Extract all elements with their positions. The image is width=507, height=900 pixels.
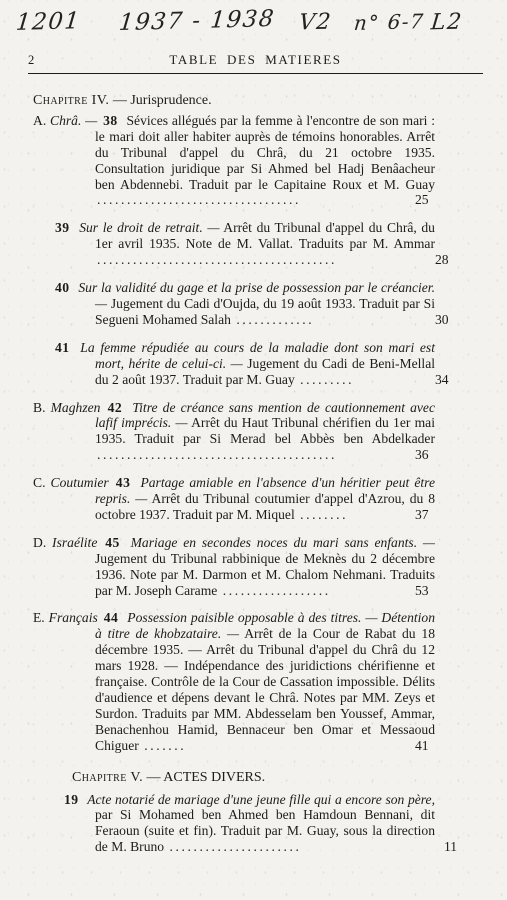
chapter-iv-label: Chapitre IV. xyxy=(33,93,109,108)
entry-number: 38 xyxy=(103,113,118,128)
toc-entry-38: A. Chrâ. — 38 Sévices allégués par la fe… xyxy=(33,113,477,208)
handwritten-issue-annotation: n° 6-7 xyxy=(353,9,426,35)
entry-number: 40 xyxy=(55,280,70,295)
handwritten-shelfmark-annotation: 1201 xyxy=(15,8,82,36)
dot-leader: ............. xyxy=(236,312,314,327)
handwritten-code-annotation: L2 xyxy=(430,10,464,36)
entry-category-name: Maghzen xyxy=(51,400,101,415)
entry-number: 44 xyxy=(104,610,119,625)
entry-title: Sur le droit de retrait. — xyxy=(79,220,219,235)
chapter-v-label: Chapitre V. xyxy=(72,770,143,785)
running-head: 2 TABLE DES MATIERES xyxy=(28,52,483,69)
toc-entry-44: E. Français 44 Possession paisible oppos… xyxy=(33,610,477,753)
toc-entry-40: 40 Sur la validité du gage et la prise d… xyxy=(33,280,477,328)
dot-leader: ......... xyxy=(300,372,354,387)
entry-title: Mariage en secondes noces du mari sans e… xyxy=(131,535,435,550)
entry-body: Arrêt de la Cour de Rabat du 18 décembre… xyxy=(95,626,435,752)
entry-category-name: Chrâ. — xyxy=(50,113,97,128)
toc-entry-19: 19 Acte notarié de mariage d'une jeune f… xyxy=(33,792,477,856)
handwritten-years-annotation: 1937 - 1938 xyxy=(118,6,276,36)
entry-number: 41 xyxy=(55,340,70,355)
entry-category-letter: C. xyxy=(33,475,45,490)
toc-entry-41: 41 La femme répudiée au cours de la mala… xyxy=(33,340,477,388)
handwritten-volume-annotation: V2 xyxy=(298,10,333,36)
toc-entry-39: 39 Sur le droit de retrait. — Arrêt du T… xyxy=(33,220,477,268)
entry-category-name: Israélite xyxy=(52,535,97,550)
entry-number: 45 xyxy=(105,535,120,550)
chapter-iv-heading: Chapitre IV. — Jurisprudence. xyxy=(33,93,477,109)
dot-leader: ........................................ xyxy=(97,252,337,267)
page-title: TABLE DES MATIERES xyxy=(169,52,341,68)
chapter-v-heading: Chapitre V. — ACTES DIVERS. xyxy=(72,770,447,786)
toc-entry-43: C. Coutumier 43 Partage amiable en l'abs… xyxy=(33,475,477,523)
entry-number: 19 xyxy=(64,792,79,807)
dot-leader: .................. xyxy=(223,583,331,598)
dot-leader: ....... xyxy=(144,738,186,753)
entry-category-letter: E. xyxy=(33,610,45,625)
dot-leader: .................................. xyxy=(97,192,301,207)
table-of-contents: A. Chrâ. — 38 Sévices allégués par la fe… xyxy=(33,113,477,855)
entry-category-letter: B. xyxy=(33,400,45,415)
chapter-v-title: — ACTES DIVERS. xyxy=(147,770,266,785)
entry-number: 43 xyxy=(116,475,131,490)
toc-entry-45: D. Israélite 45 Mariage en secondes noce… xyxy=(33,535,477,599)
header-rule xyxy=(28,73,483,74)
entry-category-letter: A. xyxy=(33,113,46,128)
toc-entry-42: B. Maghzen 42 Titre de créance sans ment… xyxy=(33,400,477,464)
entry-category-name: Français xyxy=(49,610,98,625)
entry-title: Acte notarié de mariage d'une jeune fill… xyxy=(87,792,435,807)
entry-category-name: Coutumier xyxy=(51,475,109,490)
scanned-page: { "page": { "background_color": "#f3f2ee… xyxy=(0,0,507,900)
folio-number: 2 xyxy=(28,53,34,68)
entry-number: 39 xyxy=(55,220,70,235)
entry-number: 42 xyxy=(108,400,123,415)
dot-leader: ........................................ xyxy=(97,447,337,462)
entry-body: Sévices allégués par la femme à l'encont… xyxy=(95,113,435,192)
dot-leader: ........ xyxy=(300,507,348,522)
chapter-iv-title: — Jurisprudence. xyxy=(113,93,212,108)
dot-leader: ...................... xyxy=(170,839,302,854)
entry-category-letter: D. xyxy=(33,535,46,550)
